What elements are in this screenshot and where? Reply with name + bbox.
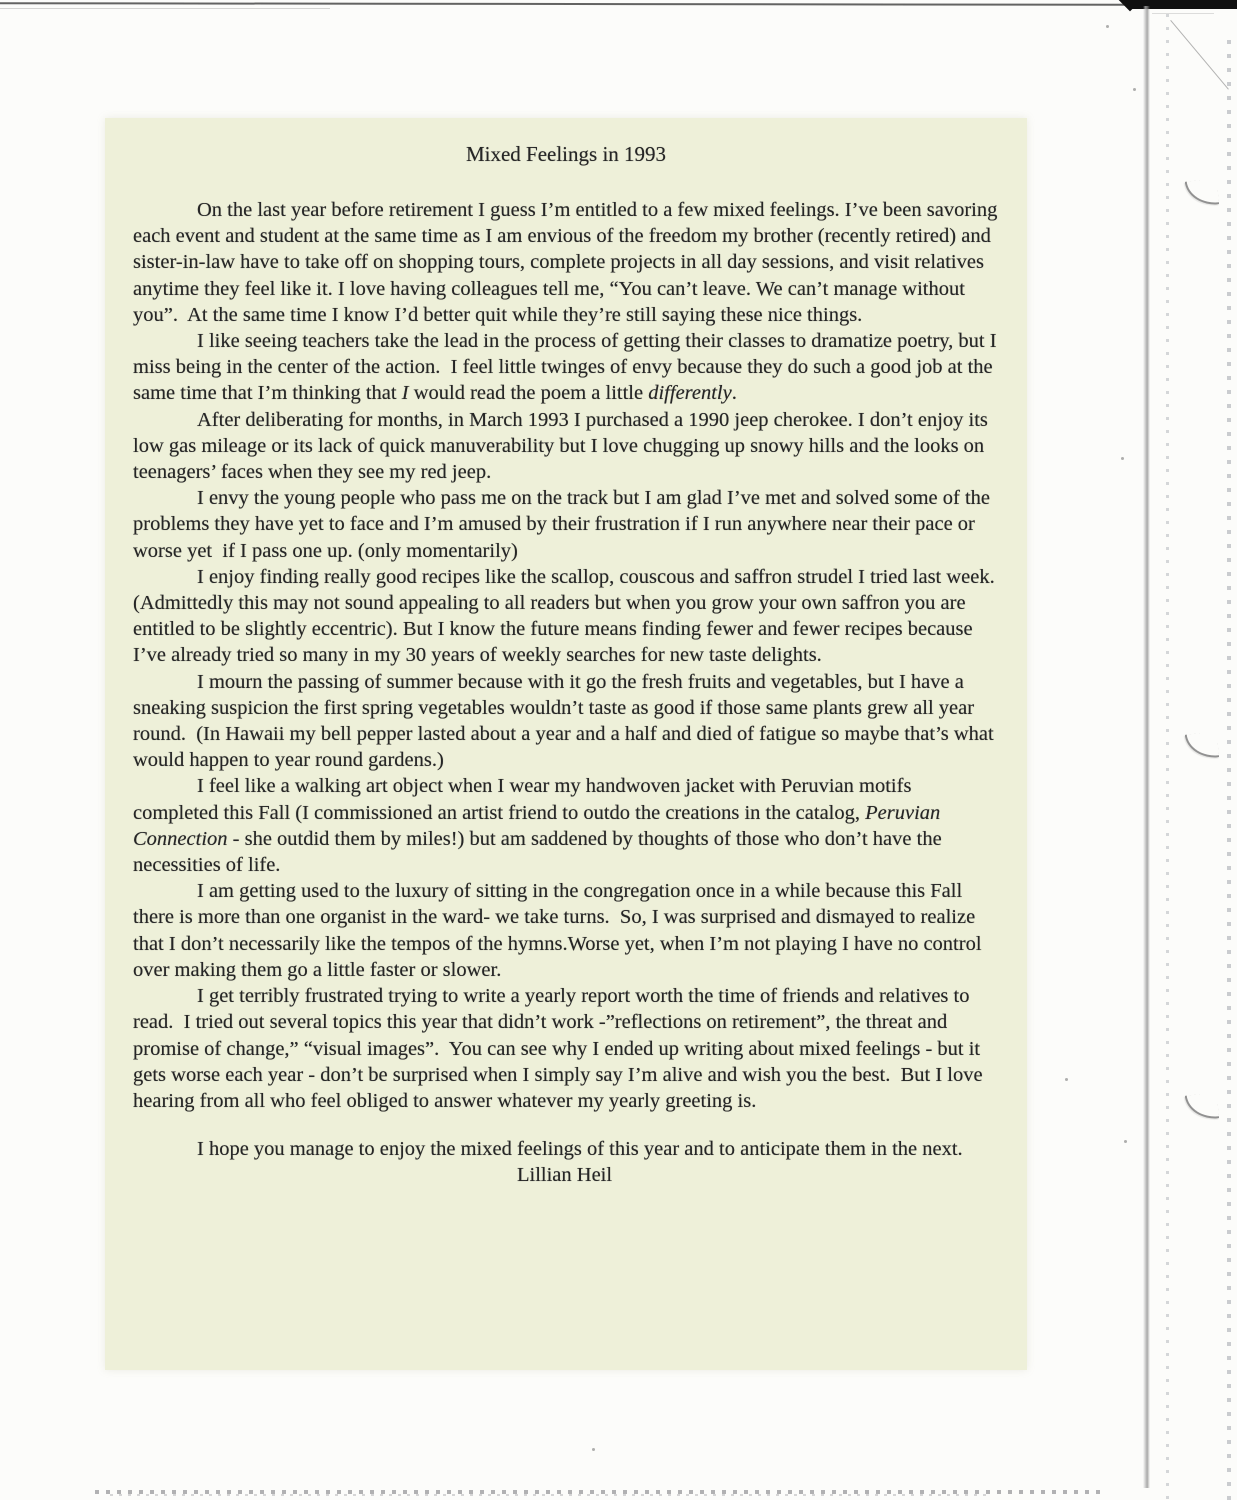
paragraph: I like seeing teachers take the lead in … (133, 328, 999, 407)
text-run: I mourn the passing of summer because wi… (133, 671, 999, 772)
paragraph: I envy the young people who pass me on t… (133, 485, 999, 564)
text-run: I enjoy finding really good recipes like… (133, 566, 995, 667)
letter-title: Mixed Feelings in 1993 (105, 118, 1027, 167)
letter-paper: Mixed Feelings in 1993 On the last year … (105, 118, 1027, 1370)
italic-text-run: differently (648, 382, 732, 404)
paragraph: I am getting used to the luxury of sitti… (133, 878, 999, 983)
text-run: I envy the young people who pass me on t… (133, 487, 995, 561)
corner-faint-line (1152, 13, 1214, 14)
page-edge-shadow-line (1143, 6, 1150, 1488)
paragraph: On the last year before retirement I gue… (133, 197, 999, 328)
italic-text-run: I (402, 382, 409, 404)
text-run: would read the poem a little (409, 382, 649, 404)
perforation-dots-right (1227, 40, 1231, 1500)
paper-curl-mark (1185, 178, 1220, 207)
text-run: I hope you manage to enjoy the mixed fee… (197, 1138, 963, 1160)
text-run: - she outdid them by miles!) but am sadd… (133, 828, 947, 876)
scan-top-edge-line (0, 2, 1136, 6)
letter-body: On the last year before retirement I gue… (133, 197, 999, 1162)
paragraph: I hope you manage to enjoy the mixed fee… (133, 1136, 999, 1162)
scan-top-edge-line-faint (0, 8, 330, 9)
perforation-dots-left (1166, 14, 1169, 1500)
corner-crease-line (1170, 20, 1229, 90)
paper-curl-mark (1185, 1092, 1220, 1121)
scanned-page: Mixed Feelings in 1993 On the last year … (0, 0, 1237, 1500)
paper-curl-mark (1185, 731, 1220, 760)
text-run: I am getting used to the luxury of sitti… (133, 880, 987, 981)
paragraph: I get terribly frustrated trying to writ… (133, 983, 999, 1114)
paragraph: I feel like a walking art object when I … (133, 773, 999, 878)
paragraph: After deliberating for months, in March … (133, 407, 999, 486)
bottom-perforation-row-faint (110, 1494, 990, 1496)
text-run: I get terribly frustrated trying to writ… (133, 985, 988, 1112)
paragraph: I mourn the passing of summer because wi… (133, 669, 999, 774)
scan-speck (592, 1448, 595, 1451)
scan-speck (1106, 25, 1109, 28)
scan-speck (1065, 1078, 1068, 1081)
signature: Lillian Heil (517, 1162, 1027, 1188)
text-run: On the last year before retirement I gue… (133, 199, 1002, 326)
text-run: I feel like a walking art object when I … (133, 775, 917, 823)
text-run: After deliberating for months, in March … (133, 409, 993, 483)
scan-speck (1121, 457, 1124, 460)
paragraph: I enjoy finding really good recipes like… (133, 564, 999, 669)
text-run: . (732, 382, 737, 404)
scan-speck (1124, 1140, 1127, 1143)
scan-speck (1133, 88, 1136, 91)
